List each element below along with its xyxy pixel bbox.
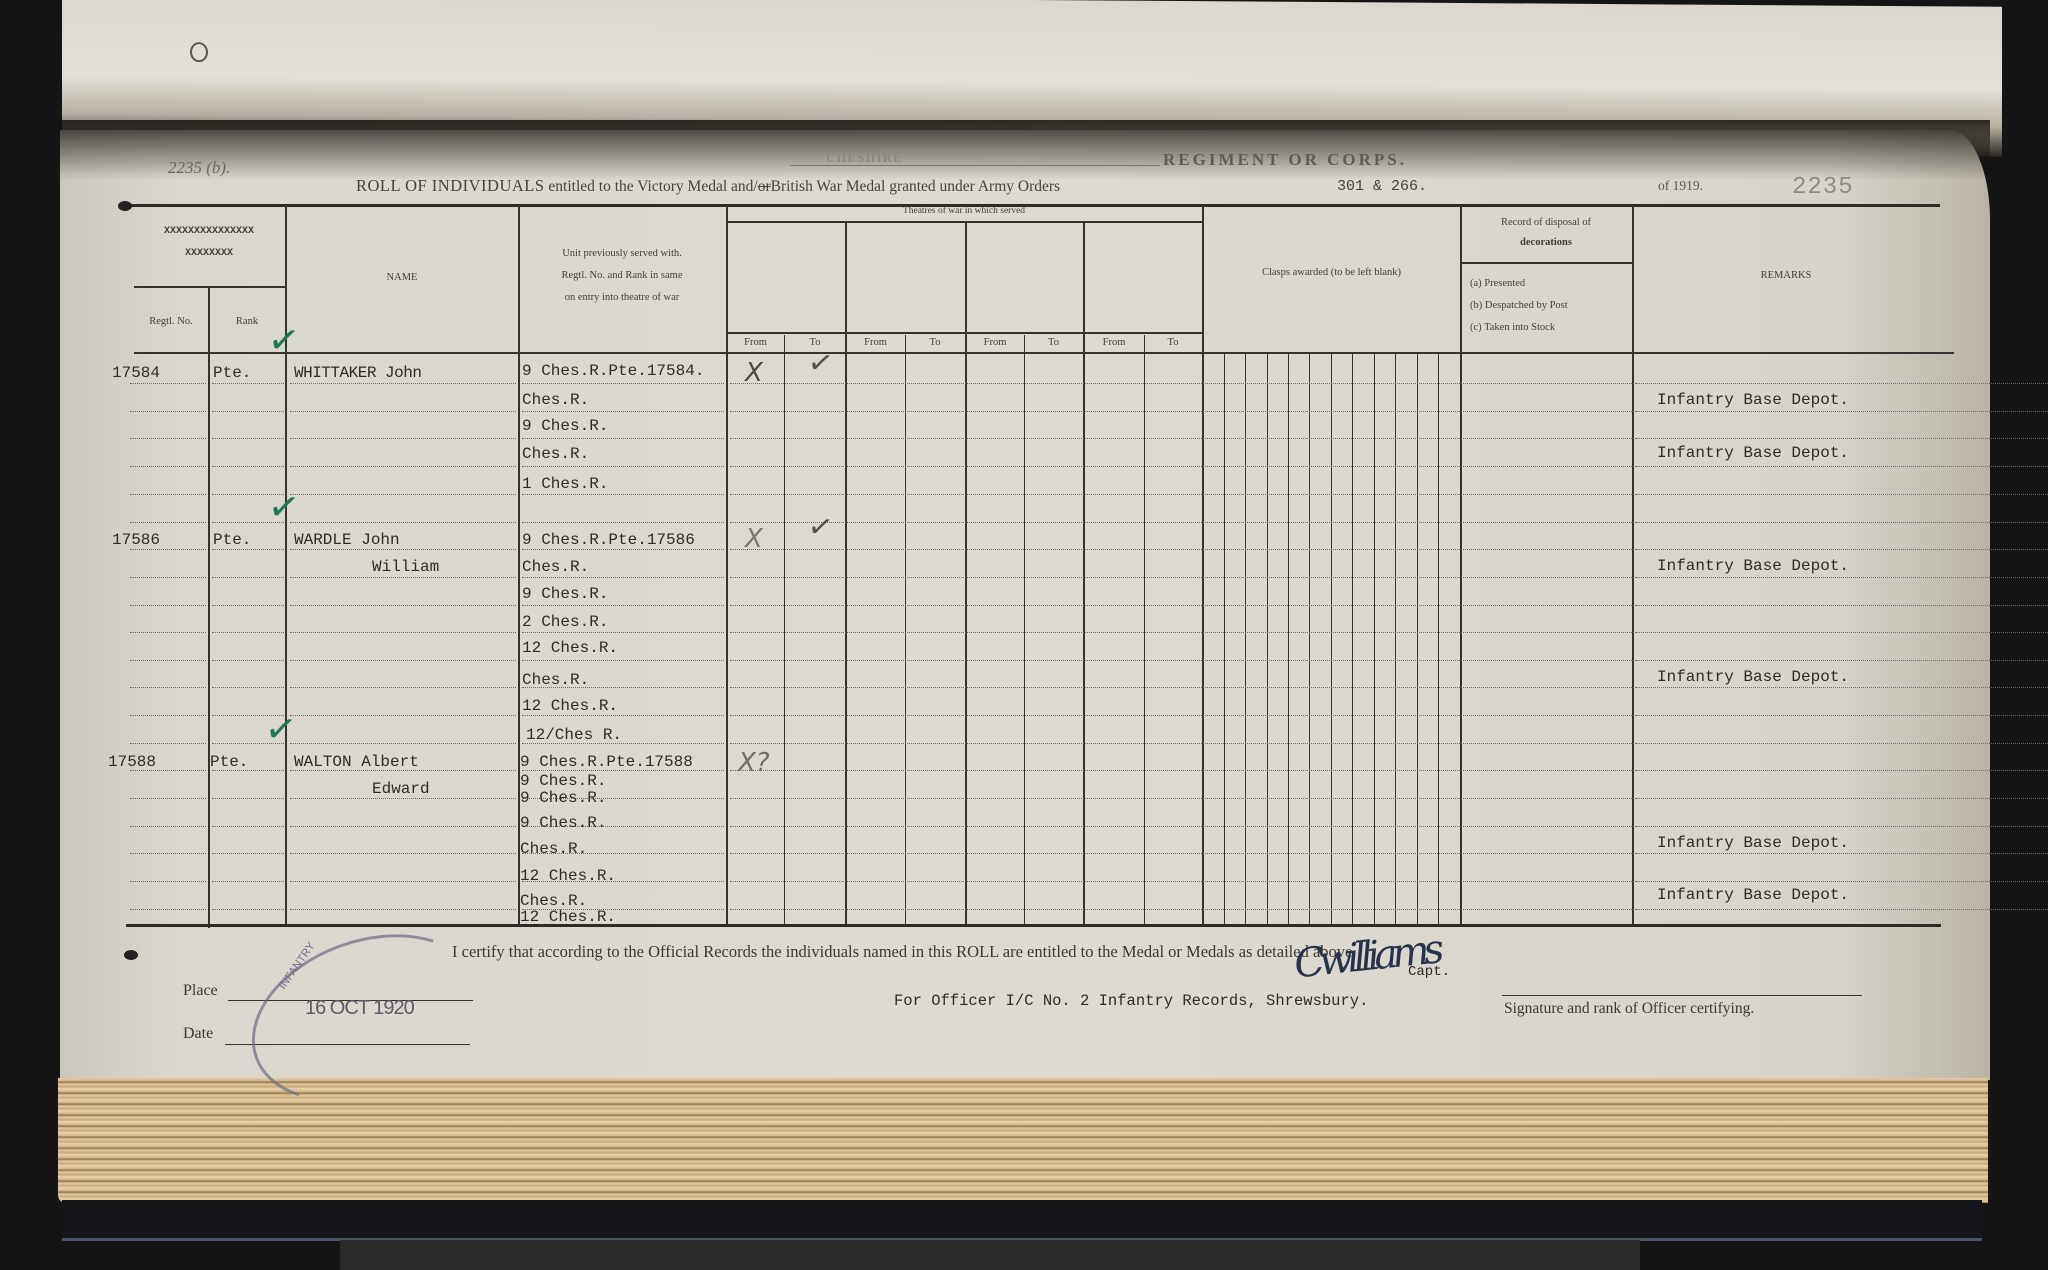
entry-3-regtl-no: 17588 <box>108 753 156 771</box>
page-fold-shadow <box>60 120 1990 180</box>
col-rule <box>845 222 847 925</box>
green-check-icon: ✓ <box>265 316 303 364</box>
col-rule <box>1024 335 1025 925</box>
row-dotted-line <box>130 853 206 854</box>
entry-2-regtl-no: 17586 <box>112 531 160 549</box>
book-cover <box>62 1200 1982 1241</box>
col-rule <box>784 335 785 925</box>
row-dotted-line <box>290 605 516 606</box>
col-rule <box>1083 222 1085 925</box>
entry-2-name-line2: William <box>372 558 439 576</box>
row-dotted-line <box>212 853 284 854</box>
entry-1-unit-1: 9 Ches.R.Pte.17584. <box>522 362 704 380</box>
punch-hole <box>118 201 132 211</box>
header-remarks: REMARKS <box>1632 266 1940 286</box>
for-officer-line: For Officer I/C No. 2 Infantry Records, … <box>894 992 1368 1010</box>
row-dotted-line <box>290 494 516 495</box>
row-dotted-line <box>130 687 206 688</box>
order-year: of 1919. <box>1658 178 1703 194</box>
entry-1-unit-3: 9 Ches.R. <box>522 417 608 435</box>
row-dotted-line <box>290 853 516 854</box>
row-dotted-line <box>1636 770 1932 771</box>
entry-2-rank: Pte. <box>213 531 251 549</box>
row-dotted-line <box>212 881 284 882</box>
entry-3-name-line2: Edward <box>372 780 430 798</box>
pencil-reference: 2235 (b). <box>168 158 230 178</box>
header-disposal-2: decorations <box>1460 233 1632 253</box>
row-dotted-line <box>212 466 284 467</box>
row-dotted-line <box>290 411 516 412</box>
row-dotted-line <box>290 438 516 439</box>
header-disposal-1: Record of disposal of <box>1460 213 1632 233</box>
entry-2-remark-1: Infantry Base Depot. <box>1657 557 1849 575</box>
entry-2-theatre-from-mark: X <box>745 524 763 554</box>
roll-title-text: entitled to the Victory Medal and/ <box>548 178 757 195</box>
entry-1-remark-1: Infantry Base Depot. <box>1657 391 1849 409</box>
entry-1-unit-5: 1 Ches.R. <box>522 475 608 493</box>
row-dotted-line <box>290 798 516 799</box>
struck-header-1: XXXXXXXXXXXXXXX <box>130 222 288 242</box>
header-to-2: To <box>905 333 965 353</box>
row-dotted-line <box>522 411 724 412</box>
entry-3-unit-6: 12 Ches.R. <box>520 867 616 885</box>
row-dotted-line <box>290 660 516 661</box>
row-dotted-line <box>130 577 206 578</box>
row-dotted-line <box>130 826 206 827</box>
row-dotted-line <box>522 632 724 633</box>
row-dotted-line <box>522 715 724 716</box>
row-dotted-line <box>1636 383 1932 384</box>
row-dotted-line <box>522 438 724 439</box>
col-rule <box>965 222 967 925</box>
row-dotted-line <box>522 466 724 467</box>
row-dotted-line <box>1636 411 1932 412</box>
row-dotted-line <box>130 881 206 882</box>
row-dotted-line <box>290 687 516 688</box>
roll-title-bold: ROLL OF INDIVIDUALS <box>356 176 545 195</box>
entry-2-remark-2: Infantry Base Depot. <box>1657 668 1849 686</box>
row-dotted-line <box>212 438 284 439</box>
row-dotted-line <box>130 383 206 384</box>
row-dotted-line <box>1636 438 1932 439</box>
entry-2-unit-5: 12 Ches.R. <box>522 639 618 657</box>
header-to-4: To <box>1144 333 1202 353</box>
entry-2-unit-3: 9 Ches.R. <box>522 585 608 603</box>
row-dotted-line <box>1636 522 1932 523</box>
row-dotted-line <box>212 577 284 578</box>
col-rule <box>208 288 210 928</box>
row-dotted-line <box>1636 853 1932 854</box>
paper-clip-icon <box>190 42 208 62</box>
row-dotted-line <box>130 605 206 606</box>
row-dotted-line <box>290 632 516 633</box>
header-unit-1: Unit previously served with. <box>518 244 726 264</box>
row-dotted-line <box>290 522 516 523</box>
row-dotted-line <box>212 909 284 910</box>
row-dotted-line <box>1636 881 1932 882</box>
regiment-label: REGIMENT OR CORPS. <box>1163 150 1407 170</box>
entry-1-rank: Pte. <box>213 364 251 382</box>
row-dotted-line <box>1636 826 1932 827</box>
green-check-icon: ✓ <box>262 705 300 753</box>
row-dotted-line <box>212 798 284 799</box>
header-from-2: From <box>846 333 905 353</box>
row-dotted-line <box>522 660 724 661</box>
punch-hole <box>124 950 138 960</box>
page-number: 2235 <box>1792 174 1854 201</box>
signature-caption: Signature and rank of Officer certifying… <box>1504 1000 1754 1018</box>
table-bottom-rule <box>126 924 1941 927</box>
entry-1-theatre-from-mark: X <box>745 358 763 388</box>
entry-1-name: WHITTAKER John <box>294 364 421 382</box>
entry-2-unit-8: 12/Ches R. <box>526 726 622 744</box>
row-dotted-line <box>212 411 284 412</box>
row-dotted-line <box>130 743 206 744</box>
row-dotted-line <box>130 494 206 495</box>
row-dotted-line <box>290 881 516 882</box>
entry-2-unit-4: 2 Ches.R. <box>522 613 608 631</box>
date-label: Date <box>183 1025 213 1043</box>
entry-3-rank: Pte. <box>210 753 248 771</box>
row-dotted-line <box>1636 743 1932 744</box>
header-from-1: From <box>727 333 784 353</box>
entry-1-unit-4: Ches.R. <box>522 445 589 463</box>
row-dotted-line <box>212 632 284 633</box>
struck-or: or <box>758 178 771 195</box>
header-regtl-no: Regtl. No. <box>134 312 208 332</box>
row-dotted-line <box>1636 549 1932 550</box>
row-dotted-line <box>290 549 516 550</box>
col-rule <box>1144 335 1145 925</box>
entry-3-unit-3: 9 Ches.R. <box>520 789 606 807</box>
row-dotted-line <box>522 494 724 495</box>
col-rule <box>905 335 906 925</box>
entry-3-remark-1: Infantry Base Depot. <box>1657 834 1849 852</box>
certification-statement: I certify that according to the Official… <box>452 942 1356 962</box>
header-to-3: To <box>1024 333 1083 353</box>
row-dotted-line <box>1636 466 1932 467</box>
row-dotted-line <box>290 715 516 716</box>
entry-1-remark-2: Infantry Base Depot. <box>1657 444 1849 462</box>
disposal-option-a: (a) Presented <box>1470 274 1525 294</box>
header-rule <box>726 221 1202 223</box>
row-dotted-line <box>130 798 206 799</box>
green-check-icon: ✓ <box>265 483 303 531</box>
header-unit-2: Regtl. No. and Rank in same <box>518 266 726 286</box>
army-orders: 301 & 266. <box>1337 178 1427 195</box>
row-dotted-line <box>290 383 516 384</box>
row-dotted-line <box>1636 632 1932 633</box>
row-dotted-line <box>290 743 516 744</box>
entry-3-unit-1: 9 Ches.R.Pte.17588 <box>520 753 693 771</box>
stamp-date: 16 OCT 1920 <box>305 997 414 1020</box>
header-unit-3: on entry into theatre of war <box>518 288 726 308</box>
col-rule <box>1632 206 1634 926</box>
col-rule <box>1460 206 1462 926</box>
row-dotted-line <box>522 605 724 606</box>
col-rule <box>1202 206 1204 926</box>
entry-3-name: WALTON Albert <box>294 753 419 771</box>
entry-2-unit-2: Ches.R. <box>522 558 589 576</box>
entry-2-unit-6: Ches.R. <box>522 671 589 689</box>
entry-3-unit-5: Ches.R. <box>520 840 587 858</box>
row-dotted-line <box>290 577 516 578</box>
row-dotted-line <box>522 577 724 578</box>
header-from-4: From <box>1084 333 1144 353</box>
roll-title-text-2: British War Medal granted under Army Ord… <box>771 178 1060 195</box>
col-rule <box>726 206 728 926</box>
row-dotted-line <box>130 466 206 467</box>
header-rule <box>134 286 286 288</box>
entry-3-unit-4: 9 Ches.R. <box>520 814 606 832</box>
row-dotted-line <box>522 549 724 550</box>
header-from-3: From <box>966 333 1024 353</box>
row-dotted-line <box>1636 909 1932 910</box>
entry-1-unit-2: Ches.R. <box>522 391 589 409</box>
row-dotted-line <box>1636 660 1932 661</box>
row-dotted-line <box>212 660 284 661</box>
struck-header-2: XXXXXXXX <box>130 244 288 264</box>
entry-2-unit-1: 9 Ches.R.Pte.17586 <box>522 531 695 549</box>
row-dotted-line <box>130 660 206 661</box>
regiment-name: CHESHIRE <box>826 150 903 166</box>
row-dotted-line <box>130 909 206 910</box>
row-dotted-line <box>212 826 284 827</box>
entry-3-remark-2: Infantry Base Depot. <box>1657 886 1849 904</box>
row-dotted-line <box>1636 687 1932 688</box>
place-label: Place <box>183 982 218 1000</box>
row-dotted-line <box>212 687 284 688</box>
row-dotted-line <box>1636 577 1932 578</box>
header-theatres: Theatres of war in which served <box>726 201 1202 221</box>
header-name: NAME <box>286 268 518 288</box>
desk-surface <box>340 1240 1640 1270</box>
row-dotted-line <box>130 411 206 412</box>
disposal-option-b: (b) Despatched by Post <box>1470 296 1568 316</box>
row-dotted-line <box>1636 494 1932 495</box>
entry-3-theatre-from-mark: X? <box>738 748 770 778</box>
row-dotted-line <box>1636 605 1932 606</box>
entry-3-unit-2: 9 Ches.R. <box>520 772 606 790</box>
row-dotted-line <box>1636 715 1932 716</box>
row-dotted-line <box>130 522 206 523</box>
entry-2-name: WARDLE John <box>294 531 400 549</box>
row-dotted-line <box>130 632 206 633</box>
header-rule <box>1460 262 1632 264</box>
disposal-option-c: (c) Taken into Stock <box>1470 318 1555 338</box>
row-dotted-line <box>1636 798 1932 799</box>
regiment-underline <box>790 165 1160 166</box>
row-dotted-line <box>290 466 516 467</box>
row-dotted-line <box>212 605 284 606</box>
row-dotted-line <box>212 383 284 384</box>
signature-line <box>1502 995 1862 996</box>
row-dotted-line <box>290 826 516 827</box>
row-dotted-line <box>212 549 284 550</box>
row-dotted-line <box>130 715 206 716</box>
header-clasps: Clasps awarded (to be left blank) <box>1203 263 1460 283</box>
entry-1-regtl-no: 17584 <box>112 364 160 382</box>
entry-2-unit-7: 12 Ches.R. <box>522 697 618 715</box>
row-dotted-line <box>130 438 206 439</box>
row-dotted-line <box>522 383 724 384</box>
row-dotted-line <box>522 522 724 523</box>
row-dotted-line <box>130 549 206 550</box>
row-dotted-line <box>290 909 516 910</box>
roll-title: ROLL OF INDIVIDUALS entitled to the Vict… <box>356 176 1060 196</box>
